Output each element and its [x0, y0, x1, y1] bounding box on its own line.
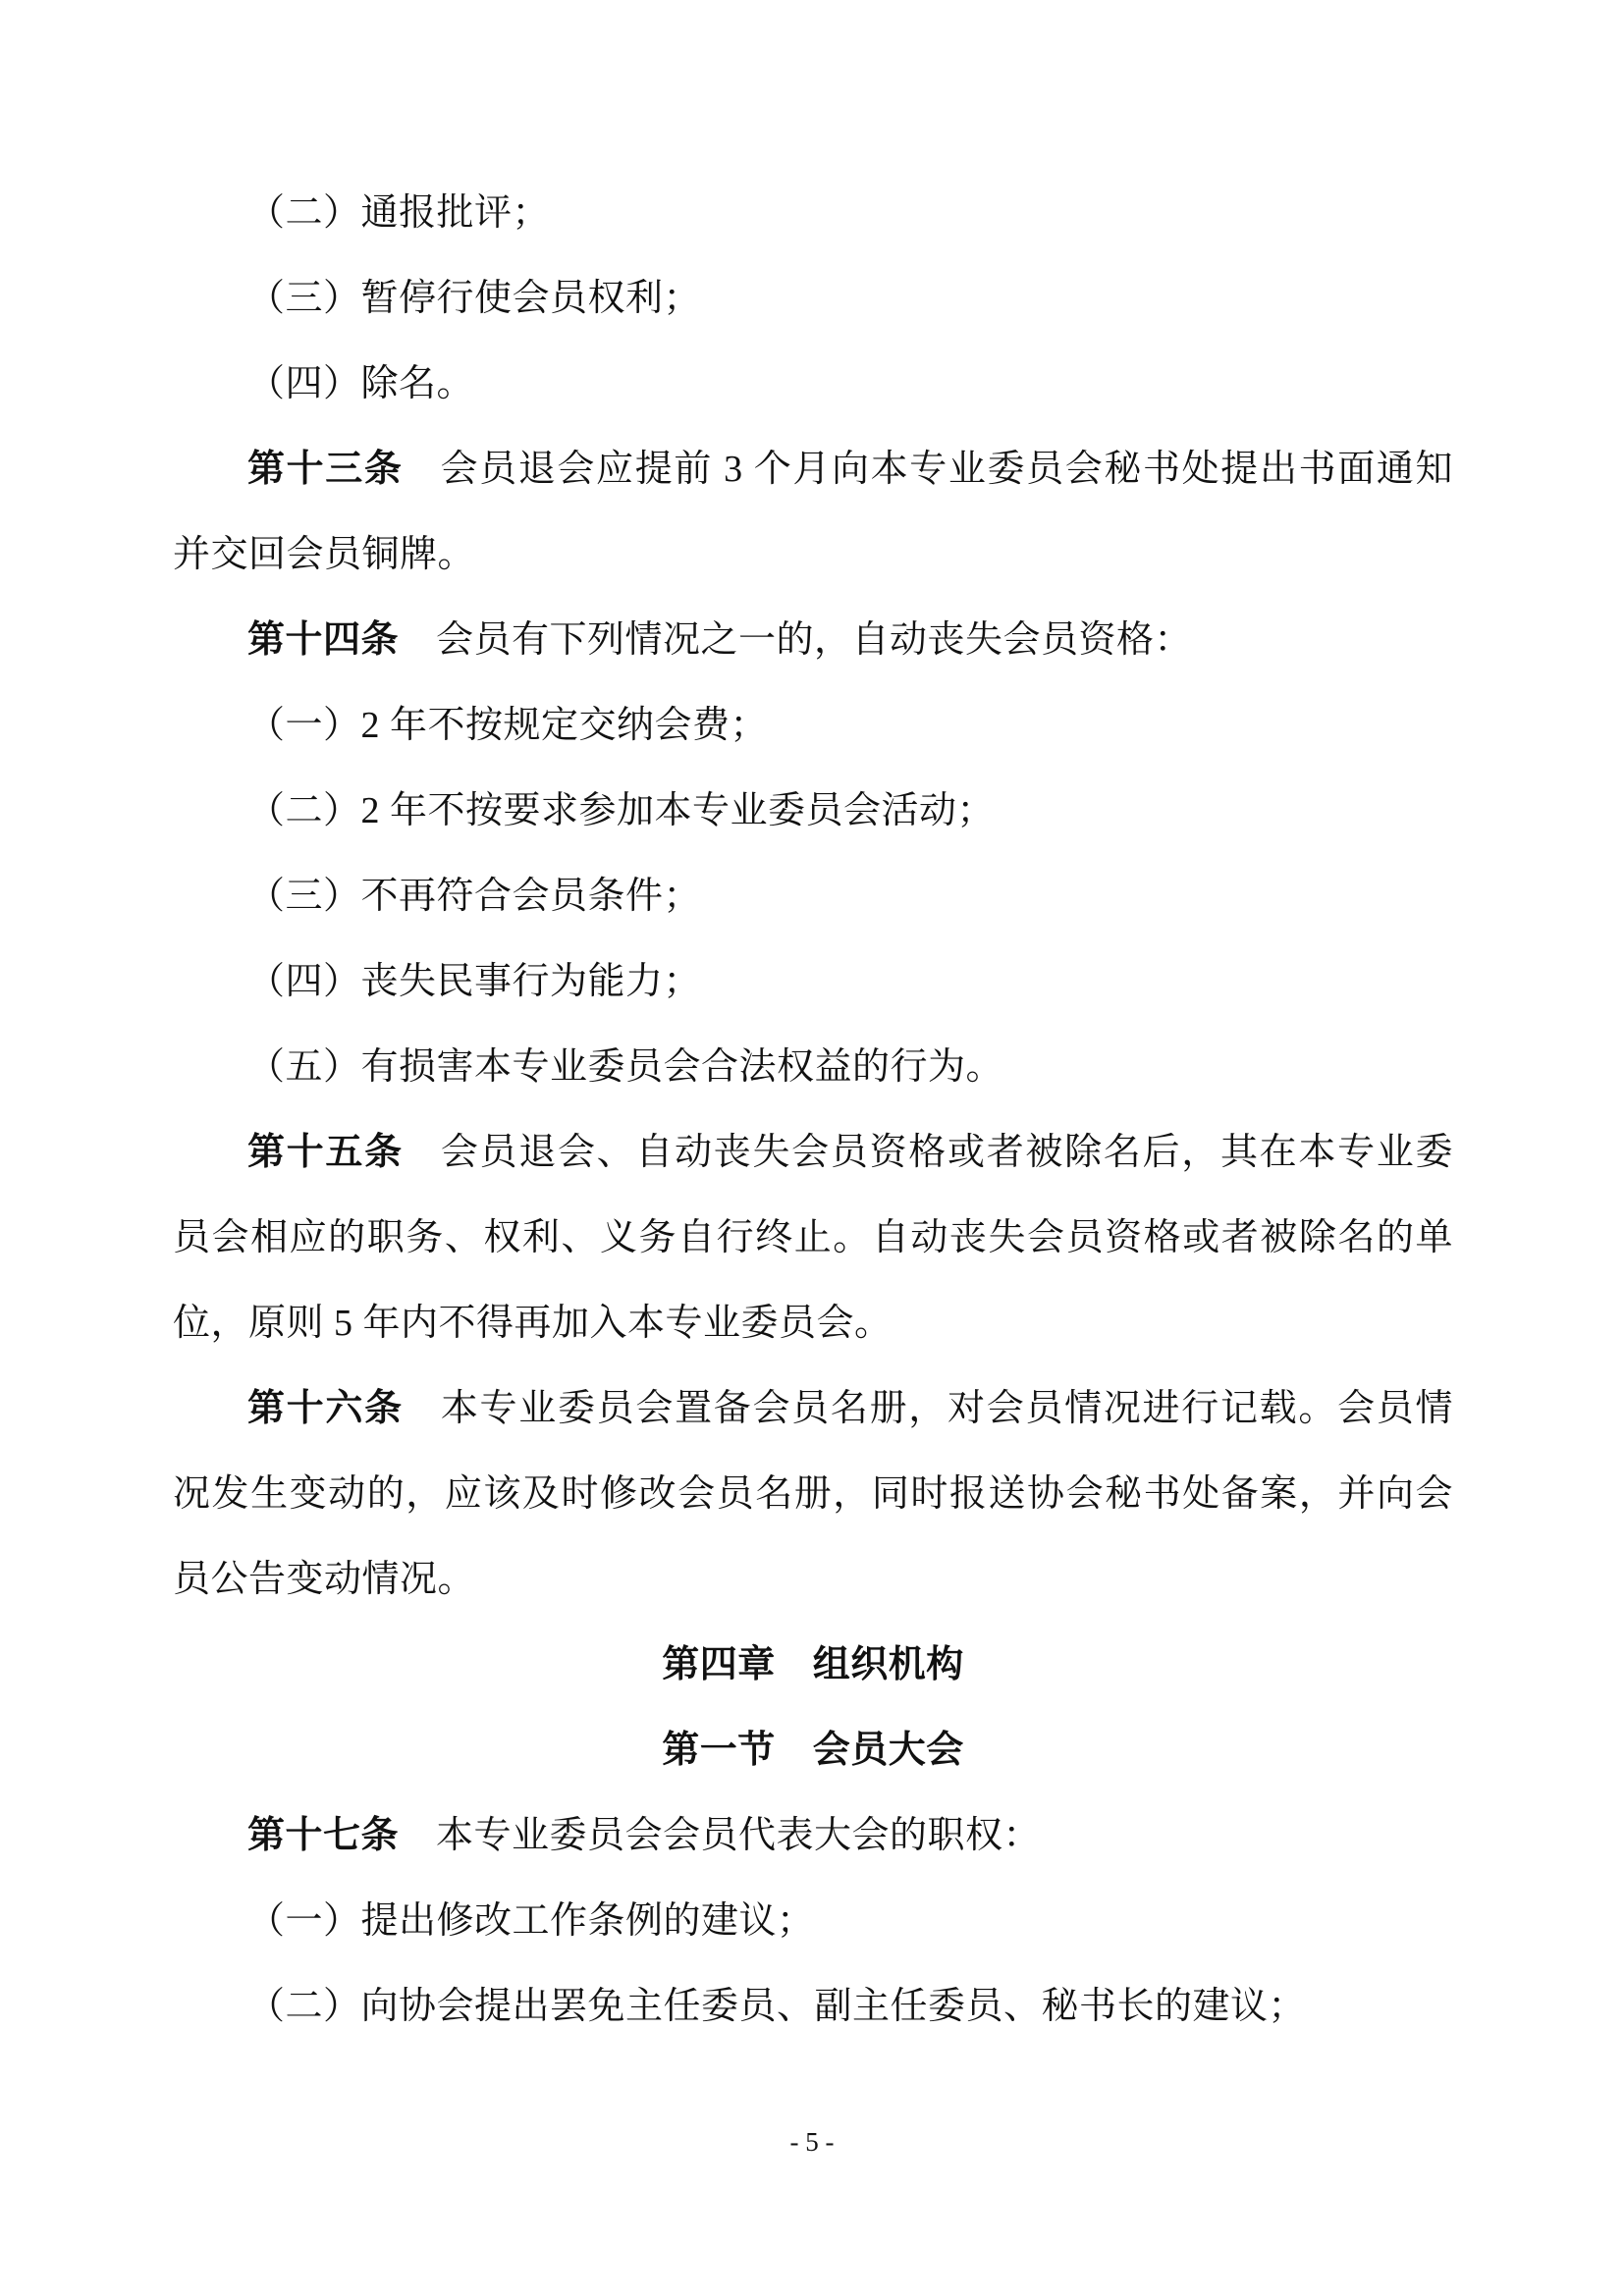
page-number: - 5 - [0, 2122, 1624, 2162]
list-item-line: （三）不再符合会员条件； [173, 854, 1453, 939]
continuation-line: 况发生变动的，应该及时修改会员名册，同时报送协会秘书处备案，并向会 [173, 1452, 1453, 1537]
chapter-title: 组织机构 [813, 1644, 964, 1685]
article-start-line: 第十六条本专业委员会置备会员名册，对会员情况进行记载。会员情 [173, 1366, 1453, 1452]
article-start-line: 第十五条会员退会、自动丧失会员资格或者被除名后，其在本专业委 [173, 1110, 1453, 1196]
document-body: （二）通报批评； （三）暂停行使会员权利； （四）除名。 第十三条会员退会应提前… [173, 171, 1453, 2050]
document-page: （二）通报批评； （三）暂停行使会员权利； （四）除名。 第十三条会员退会应提前… [0, 0, 1624, 2296]
continuation-line: 并交回会员铜牌。 [173, 512, 1453, 598]
article-text: 会员有下列情况之一的，自动丧失会员资格： [436, 619, 1192, 661]
section-number: 第一节 [662, 1730, 776, 1771]
article-number: 第十四条 [247, 619, 399, 661]
list-item-line: （五）有损害本专业委员会合法权益的行为。 [173, 1025, 1453, 1110]
article-number: 第十三条 [247, 449, 404, 490]
list-item-line: （二）通报批评； [173, 171, 1453, 256]
continuation-line: 员会相应的职务、权利、义务自行终止。自动丧失会员资格或者被除名的单 [173, 1196, 1453, 1281]
article-start-line: 第十七条本专业委员会会员代表大会的职权： [173, 1793, 1453, 1879]
list-item-line: （四）除名。 [173, 342, 1453, 427]
article-text: 本专业委员会会员代表大会的职权： [436, 1815, 1041, 1856]
list-item-line: （二）2 年不按要求参加本专业委员会活动； [173, 769, 1453, 854]
list-item-line: （四）丧失民事行为能力； [173, 939, 1453, 1025]
article-start-line: 第十三条会员退会应提前 3 个月向本专业委员会秘书处提出书面通知 [173, 427, 1453, 512]
article-text: 会员退会应提前 3 个月向本专业委员会秘书处提出书面通知 [441, 449, 1453, 490]
continuation-line: 位，原则 5 年内不得再加入本专业委员会。 [173, 1281, 1453, 1366]
article-number: 第十六条 [247, 1388, 404, 1429]
list-item-line: （一）提出修改工作条例的建议； [173, 1879, 1453, 1964]
list-item-line: （二）向协会提出罢免主任委员、副主任委员、秘书长的建议； [173, 1964, 1453, 2050]
article-text: 会员退会、自动丧失会员资格或者被除名后，其在本专业委 [441, 1132, 1453, 1173]
section-title: 会员大会 [813, 1730, 964, 1771]
list-item-line: （一）2 年不按规定交纳会费； [173, 683, 1453, 769]
article-number: 第十七条 [247, 1815, 399, 1856]
article-start-line: 第十四条会员有下列情况之一的，自动丧失会员资格： [173, 598, 1453, 683]
chapter-number: 第四章 [662, 1644, 776, 1685]
section-heading: 第一节会员大会 [173, 1708, 1453, 1793]
continuation-line: 员公告变动情况。 [173, 1537, 1453, 1623]
chapter-heading: 第四章组织机构 [173, 1623, 1453, 1708]
list-item-line: （三）暂停行使会员权利； [173, 256, 1453, 342]
article-number: 第十五条 [247, 1132, 404, 1173]
article-text: 本专业委员会置备会员名册，对会员情况进行记载。会员情 [441, 1388, 1453, 1429]
